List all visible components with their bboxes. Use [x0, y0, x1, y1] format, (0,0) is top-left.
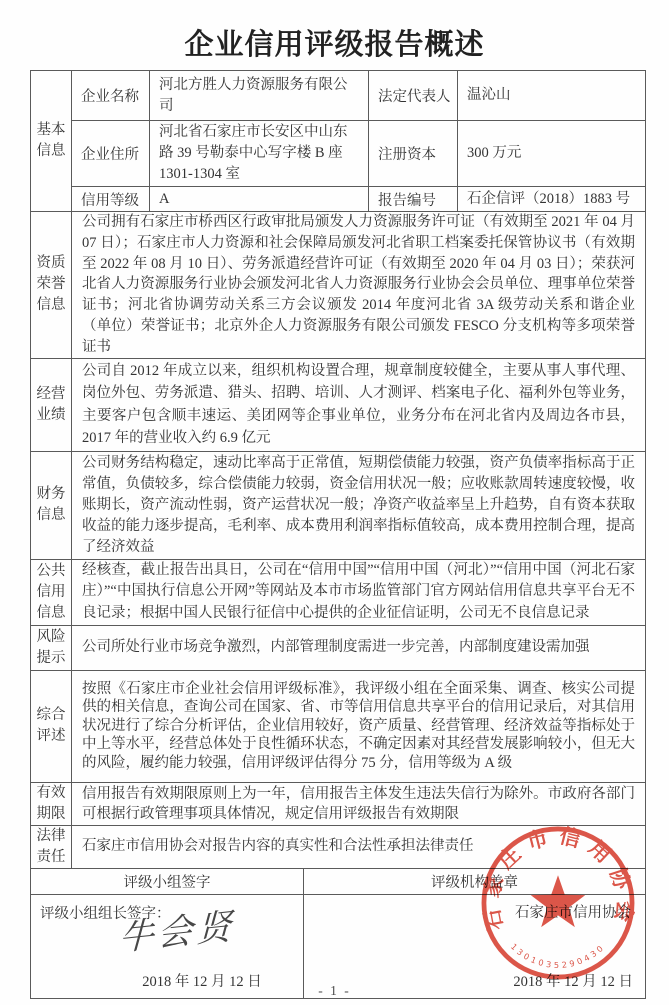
section-label-legal: 法律 责任	[31, 825, 72, 868]
section-text-risk: 公司所处行业市场竞争激烈，内部管理制度需进一步完善，内部制度建设需加强	[72, 625, 646, 670]
table-row: 财务 信息 公司财务结构稳定，速动比率高于正常值，短期偿债能力较强，资产负债率指…	[31, 451, 646, 559]
field-value-address: 河北省石家庄市长安区中山东路 39 号勒泰中心写字楼 B 座 1301-1304…	[150, 121, 369, 187]
table-row: 综合 评述 按照《石家庄市企业社会信用评级标准》，我评级小组在全面采集、调查、核…	[31, 670, 646, 782]
table-row: 信用等级 A 报告编号 石企信评（2018）1883 号	[31, 187, 646, 212]
section-text-qualification: 公司拥有石家庄市桥西区行政审批局颁发人力资源服务许可证（有效期至 2021 年 …	[72, 212, 646, 359]
section-label-public-credit: 公共 信用 信息	[31, 559, 72, 625]
table-row: 公共 信用 信息 经核查，截止报告出具日，公司在“信用中国”“信用中国（河北）”…	[31, 559, 646, 625]
page-number: - 1 -	[0, 983, 669, 999]
table-row: 有效 期限 信用报告有效期限原则上为一年，信用报告主体发生违法失信行为除外。市政…	[31, 782, 646, 825]
report-table: 基本 信息 企业名称 河北方胜人力资源服务有限公司 法定代表人 温沁山 企业住所…	[30, 70, 645, 999]
field-label-address: 企业住所	[72, 121, 150, 187]
field-label-legal-rep: 法定代表人	[369, 71, 458, 121]
section-text-summary: 按照《石家庄市企业社会信用评级标准》，我评级小组在全面采集、调查、核实公司提供的…	[72, 670, 646, 782]
section-label-basic: 基本 信息	[31, 71, 72, 212]
section-label-validity: 有效 期限	[31, 782, 72, 825]
field-value-credit-grade: A	[150, 187, 369, 212]
field-label-registered-capital: 注册资本	[369, 121, 458, 187]
field-label-credit-grade: 信用等级	[72, 187, 150, 212]
table-row: 法律 责任 石家庄市信用协会对报告内容的真实性和合法性承担法律责任	[31, 825, 646, 868]
section-label-risk: 风险 提示	[31, 625, 72, 670]
report-page: 企业信用评级报告概述 基本 信息 企业名称 河北方胜人力资源服务有限公司 法定代…	[0, 0, 669, 1005]
rating-org-name: 石家庄市信用协会	[515, 901, 631, 922]
page-title: 企业信用评级报告概述	[0, 22, 669, 63]
signature-table: 评级小组签字 评级机构盖章 评级小组组长签字： 牛会贤 2018 年 12 月 …	[30, 868, 646, 999]
field-value-registered-capital: 300 万元	[458, 121, 646, 187]
table-row: 经营 业绩 公司自 2012 年成立以来，组织机构设置合理，规章制度较健全，主要…	[31, 358, 646, 451]
section-label-performance: 经营 业绩	[31, 358, 72, 451]
section-label-finance: 财务 信息	[31, 451, 72, 559]
section-text-legal: 石家庄市信用协会对报告内容的真实性和合法性承担法律责任	[72, 825, 646, 868]
signature-left-header: 评级小组签字	[31, 868, 304, 894]
field-value-company-name: 河北方胜人力资源服务有限公司	[150, 71, 369, 121]
section-label-qualification: 资质 荣誉 信息	[31, 212, 72, 359]
main-table: 基本 信息 企业名称 河北方胜人力资源服务有限公司 法定代表人 温沁山 企业住所…	[30, 70, 646, 869]
table-row: 风险 提示 公司所处行业市场竞争激烈，内部管理制度需进一步完善，内部制度建设需加…	[31, 625, 646, 670]
field-value-legal-rep: 温沁山	[458, 71, 646, 121]
section-text-performance: 公司自 2012 年成立以来，组织机构设置合理，规章制度较健全，主要从事人事代理…	[72, 358, 646, 451]
signature-right-header: 评级机构盖章	[304, 868, 646, 894]
table-row: 评级小组签字 评级机构盖章	[31, 868, 646, 894]
section-text-validity: 信用报告有效期限原则上为一年，信用报告主体发生违法失信行为除外。市政府各部门可根…	[72, 782, 646, 825]
section-label-summary: 综合 评述	[31, 670, 72, 782]
field-label-report-number: 报告编号	[369, 187, 458, 212]
table-row: 资质 荣誉 信息 公司拥有石家庄市桥西区行政审批局颁发人力资源服务许可证（有效期…	[31, 212, 646, 359]
section-text-finance: 公司财务结构稳定，速动比率高于正常值，短期偿债能力较强，资产负债率指标高于正常值…	[72, 451, 646, 559]
field-label-company-name: 企业名称	[72, 71, 150, 121]
field-value-report-number: 石企信评（2018）1883 号	[458, 187, 646, 212]
table-row: 基本 信息 企业名称 河北方胜人力资源服务有限公司 法定代表人 温沁山	[31, 71, 646, 121]
table-row: 企业住所 河北省石家庄市长安区中山东路 39 号勒泰中心写字楼 B 座 1301…	[31, 121, 646, 187]
section-text-public-credit: 经核查，截止报告出具日，公司在“信用中国”“信用中国（河北）”“信用中国（河北石…	[72, 559, 646, 625]
